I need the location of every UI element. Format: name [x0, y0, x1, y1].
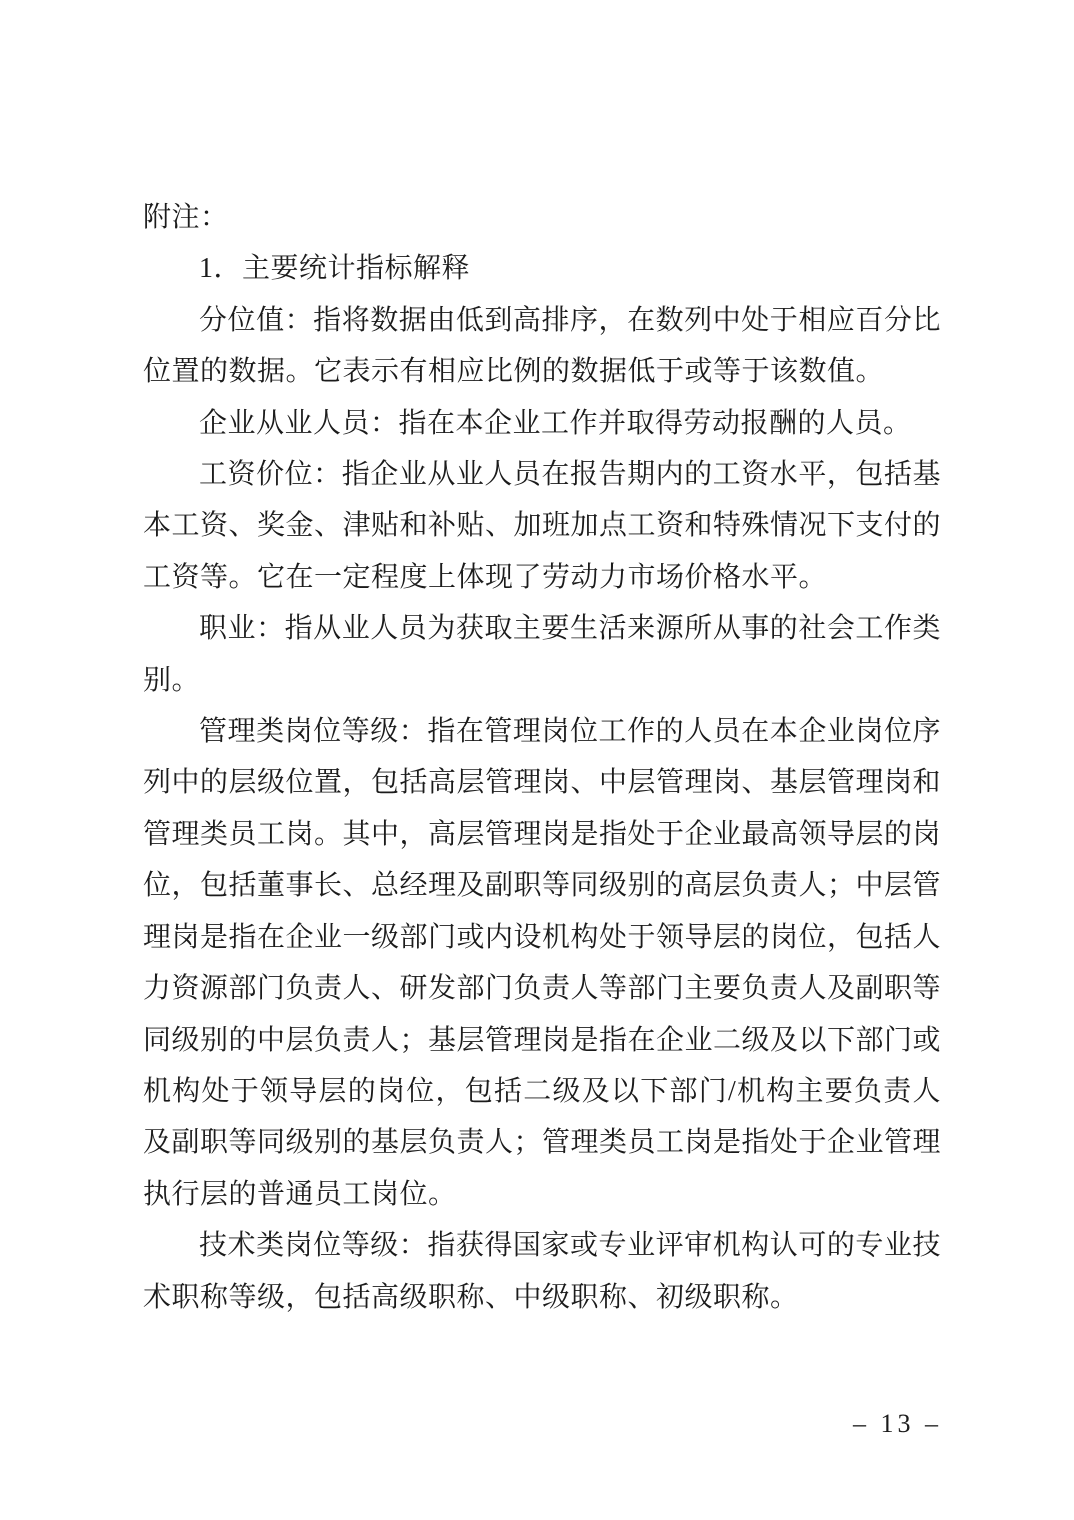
- section-heading: 1．主要统计指标解释: [143, 243, 941, 294]
- page-number: – 13 –: [853, 1404, 942, 1444]
- definition-percentile: 分位值：指将数据由低到高排序，在数列中处于相应百分比位置的数据。它表示有相应比例…: [143, 295, 941, 398]
- document-body: 附注： 1．主要统计指标解释 分位值：指将数据由低到高排序，在数列中处于相应百分…: [143, 192, 941, 1323]
- notes-label: 附注：: [143, 192, 941, 243]
- definition-technical-post-grade: 技术类岗位等级：指获得国家或专业评审机构认可的专业技术职称等级，包括高级职称、中…: [143, 1220, 941, 1323]
- definition-management-post-grade: 管理类岗位等级：指在管理岗位工作的人员在本企业岗位序列中的层级位置，包括高层管理…: [143, 706, 941, 1220]
- document-page: 附注： 1．主要统计指标解释 分位值：指将数据由低到高排序，在数列中处于相应百分…: [0, 0, 1074, 1520]
- definition-occupation: 职业：指从业人员为获取主要生活来源所从事的社会工作类别。: [143, 603, 941, 706]
- definition-enterprise-employees: 企业从业人员：指在本企业工作并取得劳动报酬的人员。: [143, 398, 941, 449]
- definition-wage-price: 工资价位：指企业从业人员在报告期内的工资水平，包括基本工资、奖金、津贴和补贴、加…: [143, 449, 941, 603]
